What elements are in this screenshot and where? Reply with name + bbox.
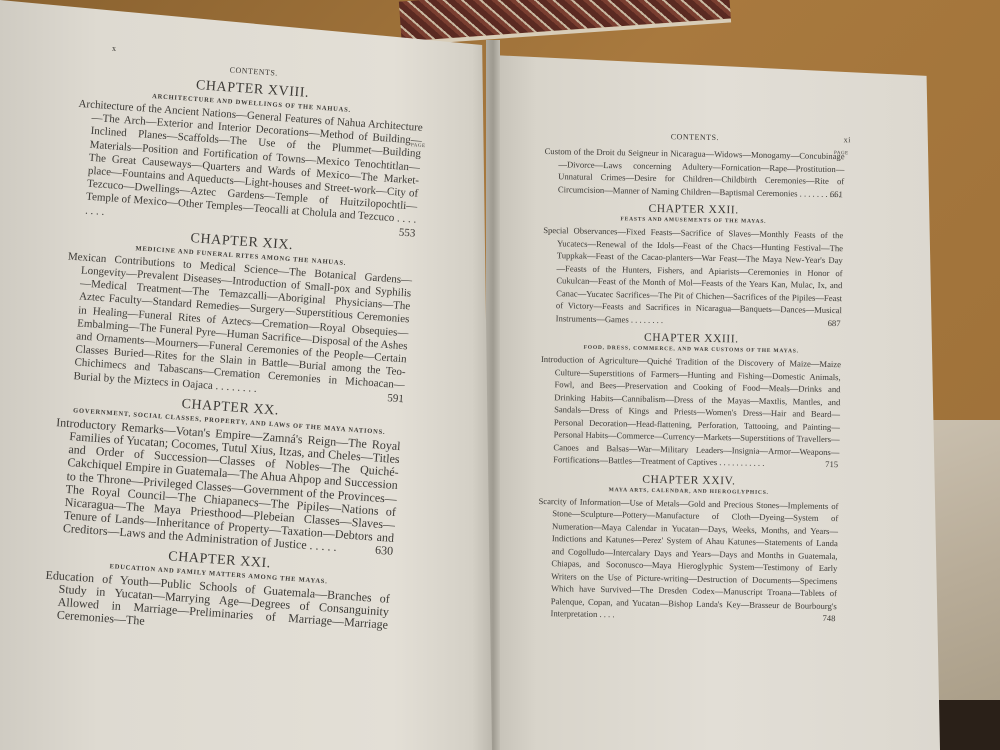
chapter-entry: Introductory Remarks—Votan's Empire—Zamn… [48,416,400,559]
chapter-block: CHAPTER XXIII. FOOD, DRESS, COMMERCE, AN… [539,330,841,471]
marbled-endpaper [930,420,1000,730]
chapter-block: CHAPTER XXIV. MAYA ARTS, CALENDAR, AND H… [536,471,839,624]
left-folio: x [112,44,116,53]
right-page-content: CONTENTS. xi PAGE Custom of the Droit du… [536,130,844,625]
chapter-block: CHAPTER XX. GOVERNMENT, SOCIAL CLASSES, … [48,388,402,559]
running-head-text: CONTENTS. [671,132,719,142]
entry-text: Special Observances—Fixed Feasts—Sacrifi… [543,225,843,324]
shadow [930,700,1000,750]
entry-text: Introductory Remarks—Votan's Empire—Zamn… [56,415,401,552]
left-page-content: CONTENTS. CHAPTER XVIII. ARCHITECTURE AN… [42,55,426,645]
chapter-entry: Scarcity of Information—Use of Metals—Go… [536,494,838,624]
chapter-entry: Special Observances—Fixed Feasts—Sacrifi… [542,224,844,329]
entry-text: Scarcity of Information—Use of Metals—Go… [538,495,838,619]
chapter-block: CHAPTER XXII. FEASTS AND AMUSEMENTS OF T… [542,201,844,329]
entry-text: Architecture of the Ancient Nations—Gene… [78,98,423,225]
chapter-entry: Introduction of Agriculture—Quiché Tradi… [539,353,841,471]
chapter-entry: Mexican Contributions to Medical Science… [59,250,412,406]
entry-text: Introduction of Agriculture—Quiché Tradi… [541,354,841,467]
entry-text: Mexican Contributions to Medical Science… [68,250,413,391]
right-folio: xi [844,135,851,144]
chapter-block: CHAPTER XVIII. ARCHITECTURE AND DWELLING… [71,70,425,241]
continuation-entry: PAGE Custom of the Droit du Seigneur in … [544,145,845,200]
chapter-entry: PAGE Architecture of the Ancient Nations… [71,98,423,241]
entry-text: Custom of the Droit du Seigneur in Nicar… [545,146,845,198]
chapter-block: CHAPTER XIX. MEDICINE AND FUNERAL RITES … [59,222,414,406]
